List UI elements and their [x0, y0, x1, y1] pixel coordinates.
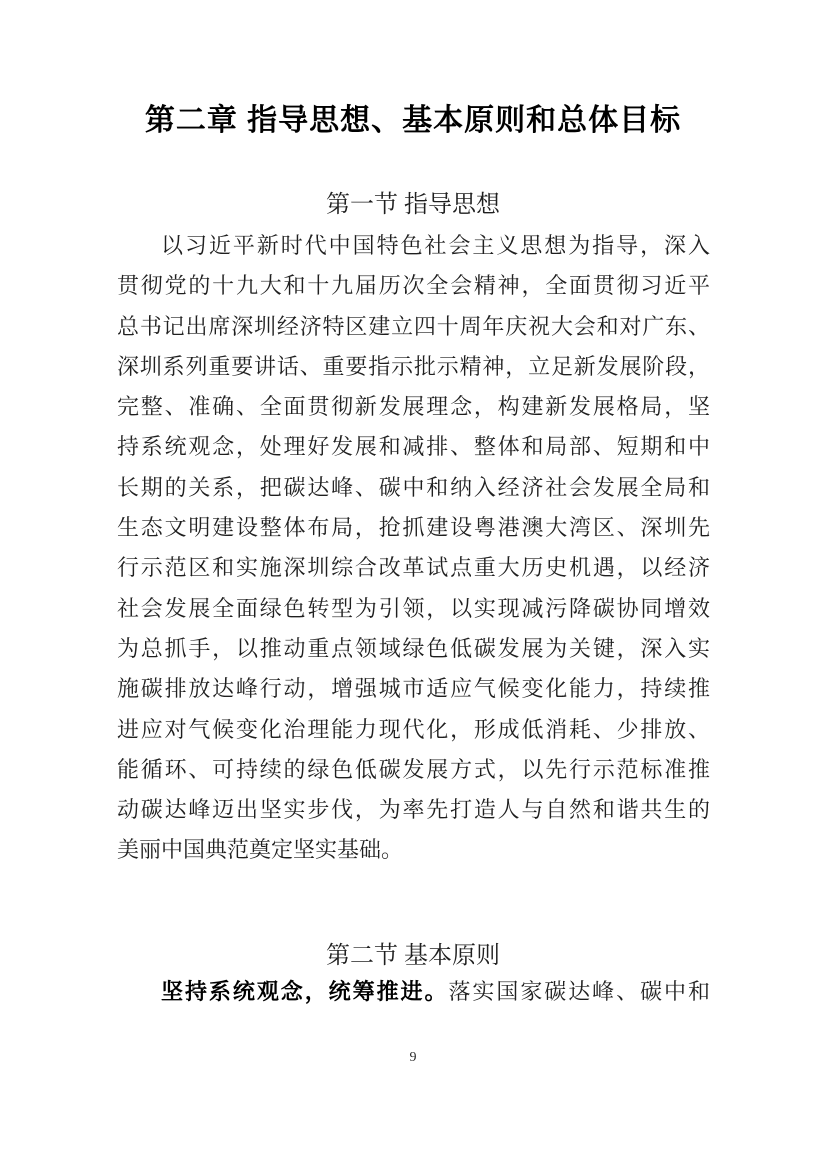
paragraph-line: 施碳排放达峰行动，增强城市适应气候变化能力，持续推 — [117, 669, 710, 709]
paragraph-line: 美丽中国典范奠定坚实基础。 — [117, 830, 710, 870]
principle-continuation: 落实国家碳达峰、碳中和 — [448, 979, 710, 1004]
paragraph-line: 动碳达峰迈出坚实步伐，为率先打造人与自然和谐共生的 — [117, 790, 710, 830]
paragraph-line: 行示范区和实施深圳综合改革试点重大历史机遇，以经济 — [117, 548, 710, 588]
paragraph-line: 深圳系列重要讲话、重要指示批示精神，立足新发展阶段， — [117, 347, 710, 387]
paragraph-line: 贯彻党的十九大和十九届历次全会精神，全面贯彻习近平 — [117, 266, 710, 306]
paragraph-line: 长期的关系，把碳达峰、碳中和纳入经济社会发展全局和 — [117, 468, 710, 508]
principle-lead-bold: 坚持系统观念，统筹推进。 — [161, 979, 448, 1004]
page-number: 9 — [0, 1049, 826, 1067]
section1-paragraph: 以习近平新时代中国特色社会主义思想为指导，深入 贯彻党的十九大和十九届历次全会精… — [117, 226, 710, 871]
paragraph-line: 总书记出席深圳经济特区建立四十周年庆祝大会和对广东、 — [117, 307, 710, 347]
paragraph-line: 完整、准确、全面贯彻新发展理念，构建新发展格局，坚 — [117, 387, 710, 427]
paragraph-line: 以习近平新时代中国特色社会主义思想为指导，深入 — [117, 226, 710, 266]
paragraph-line: 生态文明建设整体布局，抢抓建设粤港澳大湾区、深圳先 — [117, 508, 710, 548]
paragraph-line: 持系统观念，处理好发展和减排、整体和局部、短期和中 — [117, 427, 710, 467]
section2-heading: 第二节 基本原则 — [0, 941, 826, 971]
section1-heading: 第一节 指导思想 — [0, 190, 826, 220]
document-page: 第二章 指导思想、基本原则和总体目标 第一节 指导思想 以习近平新时代中国特色社… — [0, 0, 826, 1169]
paragraph-line: 能循环、可持续的绿色低碳发展方式，以先行示范标准推 — [117, 750, 710, 790]
paragraph-line: 为总抓手，以推动重点领域绿色低碳发展为关键，深入实 — [117, 629, 710, 669]
section2-paragraph: 坚持系统观念，统筹推进。落实国家碳达峰、碳中和 — [117, 972, 710, 1012]
paragraph-line: 进应对气候变化治理能力现代化，形成低消耗、少排放、 — [117, 710, 710, 750]
paragraph-line: 坚持系统观念，统筹推进。落实国家碳达峰、碳中和 — [117, 972, 710, 1012]
chapter-title: 第二章 指导思想、基本原则和总体目标 — [0, 101, 826, 141]
paragraph-line: 社会发展全面绿色转型为引领，以实现减污降碳协同增效 — [117, 589, 710, 629]
